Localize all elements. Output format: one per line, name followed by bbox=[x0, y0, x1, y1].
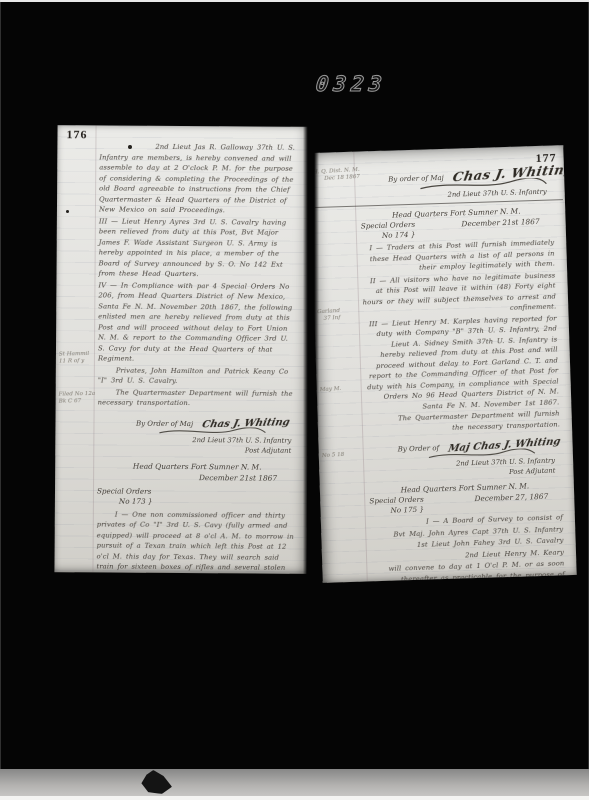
special-orders-block: Special Orders No 175 } bbox=[368, 495, 424, 517]
page-body: By order of Maj Chas J. Whiting 2nd Lieu… bbox=[309, 145, 576, 583]
date-line: December 27, 1867 bbox=[474, 490, 562, 504]
date-line: December 21st 1867 bbox=[461, 215, 553, 229]
order-paragraph: I — Traders at this Post will furnish im… bbox=[360, 237, 555, 275]
scanner-bed-strip bbox=[0, 769, 589, 796]
special-orders-block: Special Orders No 174 } bbox=[359, 220, 415, 242]
special-orders-number: No 173 } bbox=[97, 496, 297, 507]
microfilm-frame-number: 0323 bbox=[315, 72, 388, 96]
order-paragraph: 2nd Lieut Jas R. Galloway 37th U. S. Inf… bbox=[99, 141, 300, 216]
by-order-text: By Order of Maj bbox=[136, 419, 193, 427]
scanned-document-frame: 0323 176 St Hammil 11 R of y Filed No 12… bbox=[0, 0, 589, 800]
special-orders-number: No 174 } bbox=[360, 230, 416, 242]
signed-title: Post Adjutant bbox=[97, 444, 297, 455]
order-paragraph: Privates, John Hamilton and Patrick Kean… bbox=[98, 365, 298, 387]
order-paragraph: I — One non commissioned officer and thi… bbox=[96, 509, 297, 574]
ink-blot bbox=[128, 145, 132, 149]
by-order-line: By Order of Maj Chas J. Whiting bbox=[127, 410, 297, 430]
book-gutter-shadow bbox=[303, 120, 319, 582]
order-paragraph: III — Lieut Henry Ayres 3rd U. S. Cavalr… bbox=[98, 216, 298, 280]
ledger-page-left: 176 St Hammil 11 R of y Filed No 12a Bk … bbox=[54, 125, 309, 574]
ink-blot bbox=[66, 210, 69, 213]
order-paragraph: The Quartermaster Department will furnis… bbox=[98, 387, 298, 409]
order-paragraph: II — All visitors who have no legitimate… bbox=[361, 270, 556, 318]
order-paragraph: IV — In Compliance with par 4 Special Or… bbox=[98, 280, 299, 365]
frame-edge-bottom bbox=[0, 796, 589, 800]
by-order-text: By order of Maj bbox=[388, 174, 444, 184]
order-paragraph: III — Lieut Henry M. Karples having repo… bbox=[363, 313, 560, 414]
ledger-page-right: 177 H. Q. Dist. N. M. Dec 18 1867 Garlan… bbox=[309, 145, 576, 583]
by-order-text: By Order of bbox=[398, 444, 440, 453]
page-body: 2nd Lieut Jas R. Galloway 37th U. S. Inf… bbox=[54, 125, 309, 574]
special-orders-number: No 175 } bbox=[368, 505, 424, 517]
frame-edge-left bbox=[0, 0, 1, 769]
signature: Chas J. Whiting bbox=[201, 417, 291, 430]
date-line: December 21st 1867 bbox=[97, 471, 297, 483]
special-orders-label: Special Orders bbox=[97, 486, 297, 497]
frame-edge-top bbox=[0, 0, 589, 2]
